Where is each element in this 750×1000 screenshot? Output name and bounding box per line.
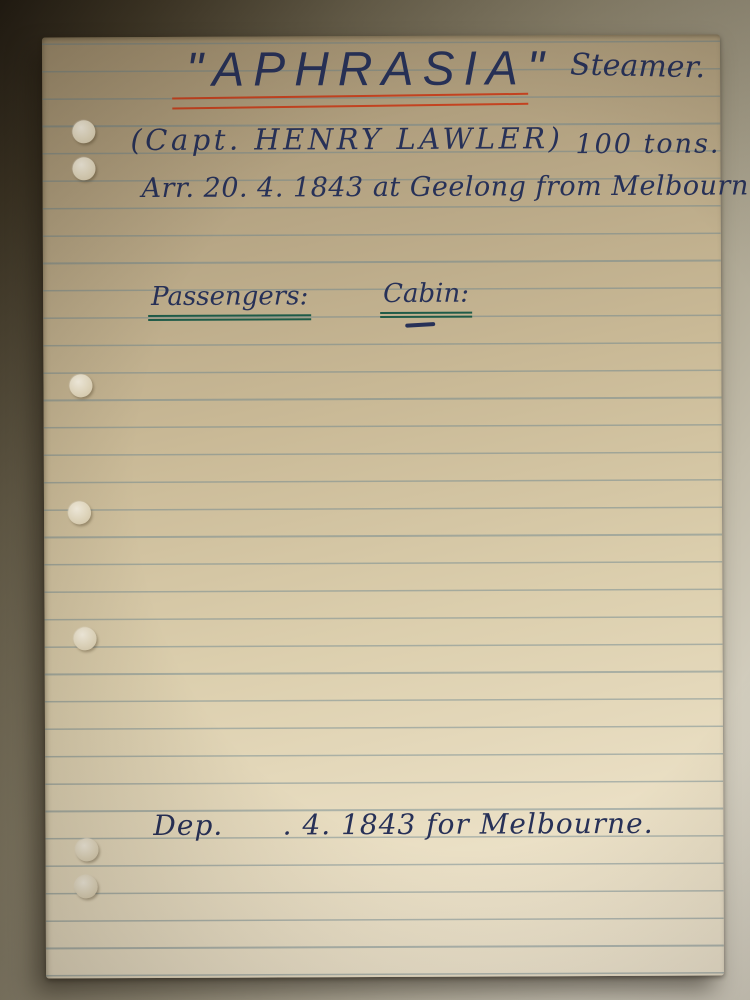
captain-line: (Capt. HENRY LAWLER) xyxy=(130,121,563,157)
photo-background: "APHRASIA" Steamer. (Capt. HENRY LAWLER)… xyxy=(0,0,750,1000)
punch-hole xyxy=(75,875,98,898)
vessel-type-label: Steamer. xyxy=(570,47,706,85)
punch-hole xyxy=(72,157,95,180)
passengers-heading: Passengers: xyxy=(148,281,311,321)
punch-hole xyxy=(69,374,92,397)
departure-line: Dep. . 4. 1843 for Melbourne. xyxy=(153,807,653,842)
punch-hole xyxy=(72,120,95,143)
paper-sheet: "APHRASIA" Steamer. (Capt. HENRY LAWLER)… xyxy=(42,35,724,979)
ship-name-title: "APHRASIA" xyxy=(186,41,553,98)
arrival-line: Arr. 20. 4. 1843 at Geelong from Melbour… xyxy=(142,170,750,204)
punch-hole xyxy=(75,838,98,861)
punch-hole xyxy=(68,501,91,524)
tonnage-label: 100 tons. xyxy=(575,129,720,161)
punch-hole xyxy=(74,627,97,650)
cabin-heading: Cabin: xyxy=(380,279,472,318)
